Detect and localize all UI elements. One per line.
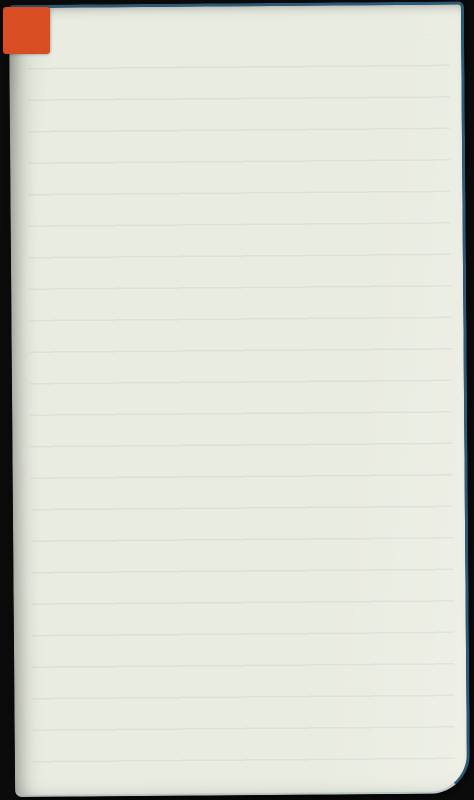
photo-backdrop <box>0 0 474 800</box>
manuscript-text <box>9 5 467 796</box>
manuscript-page <box>9 2 470 798</box>
henry-ford-logo <box>3 7 50 54</box>
